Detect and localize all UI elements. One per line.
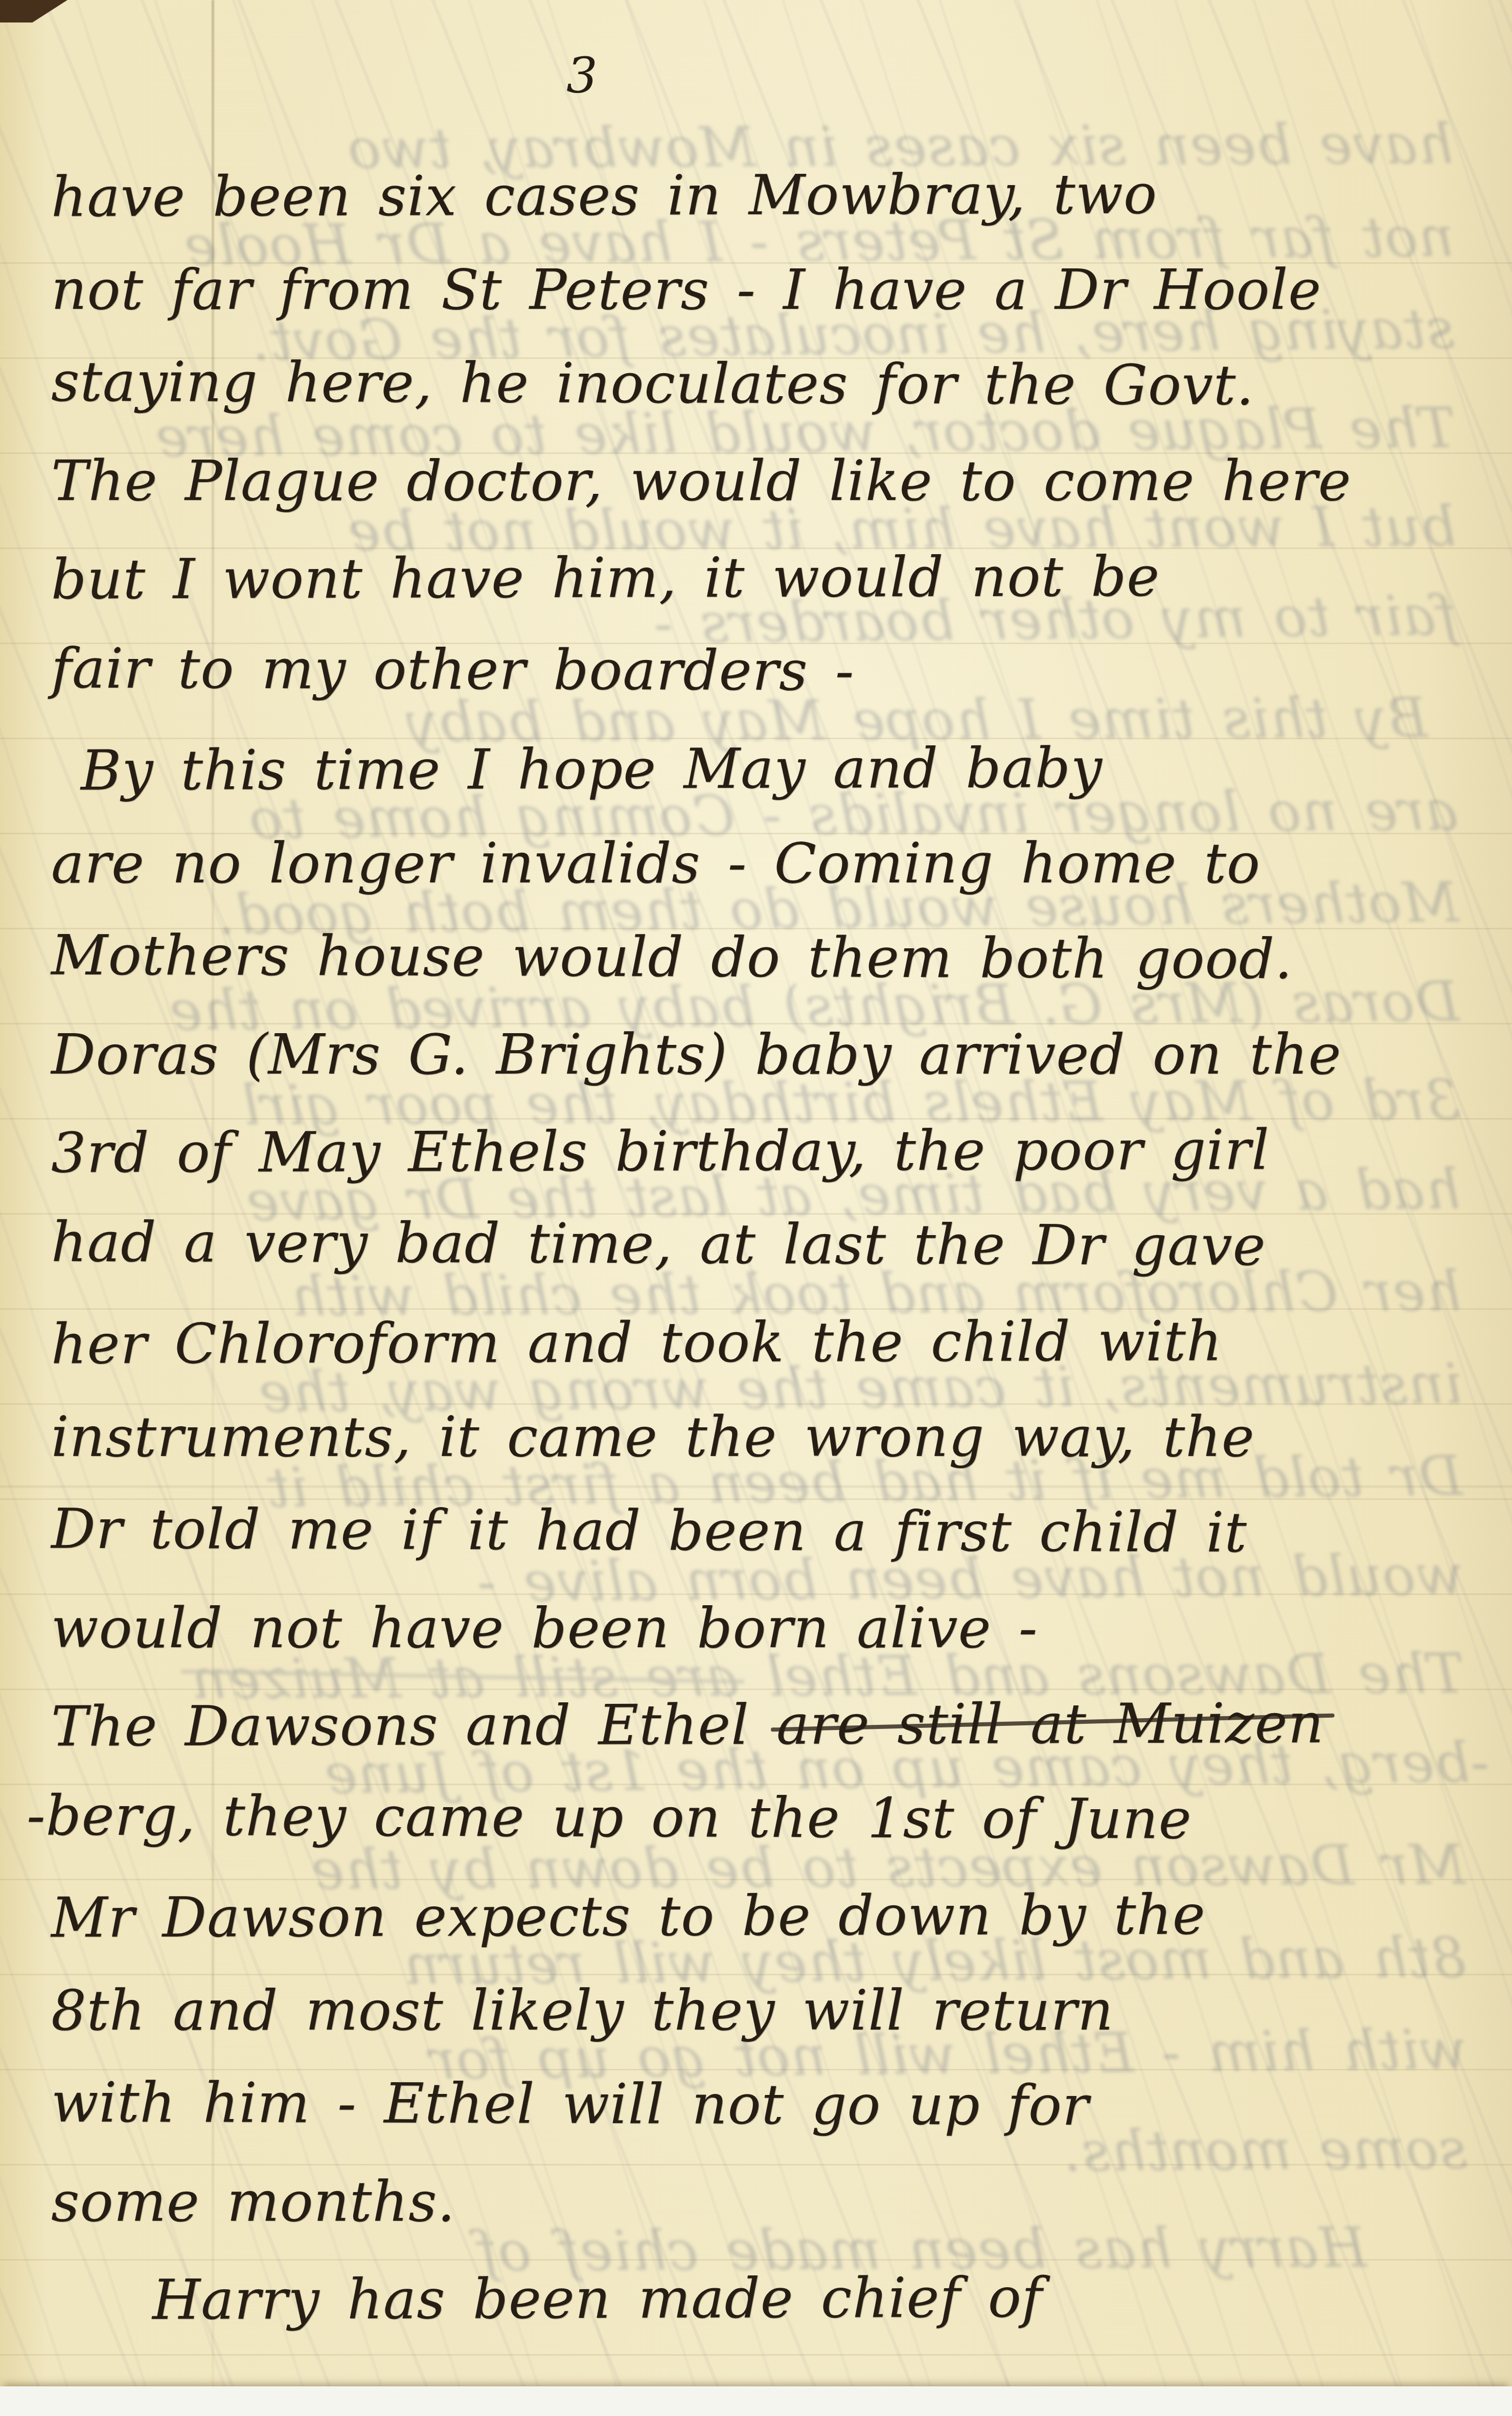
letter-line-text: fair to my other boarders - bbox=[51, 637, 855, 703]
letter-line-text: have been six cases in Mowbray, two bbox=[51, 163, 1157, 230]
letter-line: would not have been born alive - bbox=[0, 1597, 1512, 1692]
letter-line: Doras (Mrs G. Brights) baby arrived on t… bbox=[0, 1023, 1512, 1119]
letter-line-text: The Dawsons and Ethel bbox=[51, 1693, 776, 1759]
letter-line-text: with him - Ethel will not go up for bbox=[51, 2071, 1089, 2138]
letter-line-text: Dr told me if it had been a first child … bbox=[51, 1497, 1247, 1565]
letter-line-text: staying here, he inoculates for the Govt… bbox=[51, 350, 1254, 418]
scan-background-strip bbox=[0, 2386, 1512, 2416]
letter-line-text: some months. bbox=[51, 2170, 455, 2234]
letter-line-text: had a very bad time, at last the Dr gave bbox=[51, 1211, 1266, 1278]
letter-line: have been six cases in Mowbray, two bbox=[0, 162, 1512, 261]
letter-line-text: Doras (Mrs G. Brights) baby arrived on t… bbox=[51, 1023, 1341, 1087]
letter-line-text: 3rd of May Ethels birthday, the poor gir… bbox=[51, 1118, 1270, 1185]
letter-line-text: her Chloroform and took the child with bbox=[51, 1310, 1223, 1377]
letter-line: The Dawsons and Ethel are still at Muize… bbox=[0, 1691, 1512, 1791]
letter-line-text: not far from St Peters - I have a Dr Hoo… bbox=[51, 258, 1321, 322]
letter-line: -berg, they came up on the 1st of June bbox=[0, 1784, 1512, 1884]
letter-line-text: would not have been born alive - bbox=[51, 1597, 1038, 1660]
letter-line-text: The Plague doctor, would like to come he… bbox=[51, 449, 1351, 513]
struck-text: are still at Muizen bbox=[776, 1692, 1324, 1757]
letter-line: Harry has been made chief of bbox=[0, 2265, 1512, 2364]
letter-line-text: are no longer invalids - Coming home to bbox=[51, 832, 1261, 896]
page-number: 3 bbox=[566, 47, 598, 104]
letter-line: with him - Ethel will not go up for bbox=[0, 2070, 1512, 2171]
letter-line: her Chloroform and took the child with bbox=[0, 1309, 1512, 1408]
letter-line-text: -berg, they came up on the 1st of June bbox=[27, 1784, 1192, 1852]
letter-line: Mothers house would do them both good. bbox=[0, 923, 1512, 1023]
letter-line: some months. bbox=[0, 2170, 1512, 2266]
letter-line: but I wont have him, it would not be bbox=[0, 544, 1512, 644]
letter-line-text: Mothers house would do them both good. bbox=[51, 924, 1293, 992]
letter-line-text: Harry has been made chief of bbox=[152, 2266, 1043, 2333]
letter-line: fair to my other boarders - bbox=[0, 636, 1512, 737]
letter-line: By this time I hope May and baby bbox=[0, 735, 1512, 835]
letter-page: 3 have been six cases in Mowbray, two no… bbox=[0, 0, 1512, 2416]
letter-line-text: By this time I hope May and baby bbox=[81, 736, 1103, 803]
letter-line-text: but I wont have him, it would not be bbox=[51, 545, 1160, 612]
letter-line: Mr Dawson expects to be down by the bbox=[0, 1882, 1512, 1982]
letter-line: 3rd of May Ethels birthday, the poor gir… bbox=[0, 1118, 1512, 1217]
letter-line: are no longer invalids - Coming home to bbox=[0, 832, 1512, 927]
letter-line-text: Mr Dawson expects to be down by the bbox=[51, 1883, 1206, 1950]
letter-line: 8th and most likely they will return bbox=[0, 1979, 1512, 2075]
letter-line: Dr told me if it had been a first child … bbox=[0, 1497, 1512, 1597]
letter-line: not far from St Peters - I have a Dr Hoo… bbox=[0, 258, 1512, 354]
letter-line: had a very bad time, at last the Dr gave bbox=[0, 1210, 1512, 1310]
letter-line: The Plague doctor, would like to come he… bbox=[0, 449, 1512, 545]
letter-body: have been six cases in Mowbray, two not … bbox=[0, 163, 1512, 2361]
letter-line: staying here, he inoculates for the Govt… bbox=[0, 350, 1512, 450]
letter-line: instruments, it came the wrong way, the bbox=[0, 1405, 1512, 1501]
letter-line-text: instruments, it came the wrong way, the bbox=[51, 1405, 1255, 1469]
letter-line-text: 8th and most likely they will return bbox=[51, 1979, 1114, 2043]
